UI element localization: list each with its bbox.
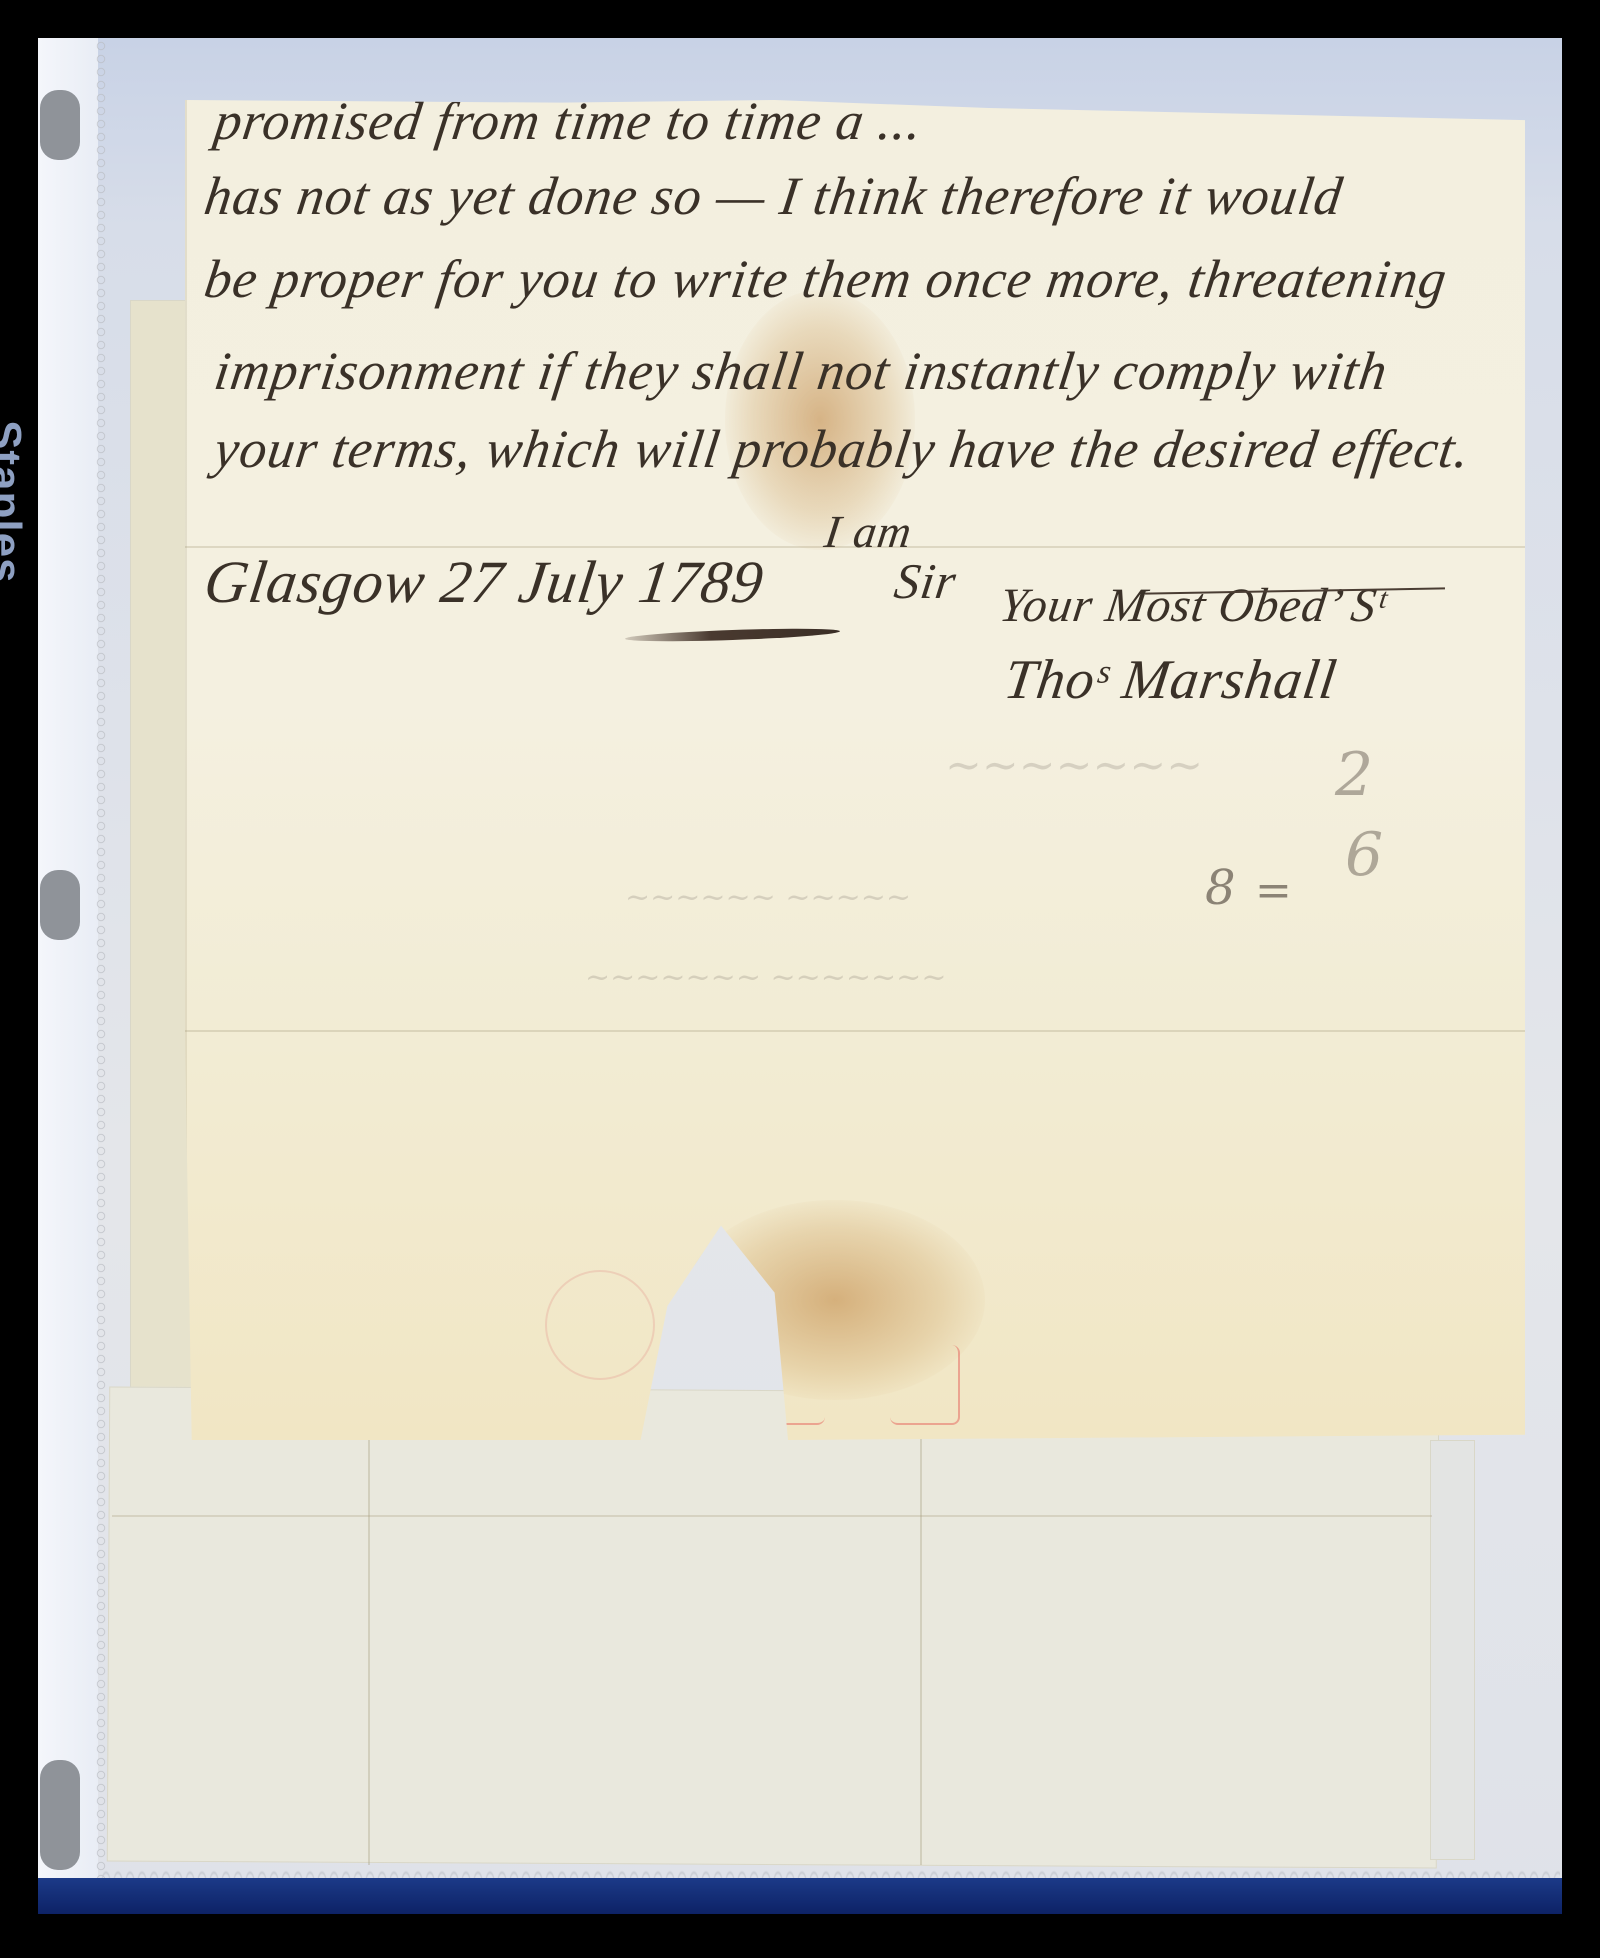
bleed-through-text: ~~~~~~~ ~~~~~~~ bbox=[585, 960, 946, 995]
date-underline-flourish bbox=[625, 626, 840, 643]
punch-hole-middle bbox=[40, 870, 80, 940]
salutation-sir: Sir bbox=[891, 552, 961, 610]
bleed-through-text: ~~~~~~~ bbox=[945, 740, 1203, 791]
underlying-page bbox=[107, 1387, 1439, 1869]
valediction: Your Most Obed’ Sᵗ bbox=[996, 578, 1389, 633]
bleed-through-mark: = bbox=[1255, 865, 1292, 916]
brand-label: Staples bbox=[0, 420, 30, 584]
fold-line bbox=[112, 1515, 1432, 1517]
letter-line-4: imprisonment if they shall not instantly… bbox=[211, 340, 1392, 402]
bleed-through-mark: 6 bbox=[1345, 820, 1383, 890]
fold-line bbox=[920, 1395, 922, 1865]
letter-line-5: your terms, which will probably have the… bbox=[211, 418, 1474, 480]
binder-strip bbox=[38, 38, 98, 1914]
letter-fold-line bbox=[185, 1030, 1525, 1032]
perforation-edge bbox=[96, 40, 106, 1910]
bleed-through-text: ~~~~~~ ~~~~~ bbox=[625, 880, 911, 915]
punch-hole-bottom bbox=[40, 1760, 80, 1870]
red-seal-remnant bbox=[890, 1345, 960, 1425]
signature: Thoˢ Marshall bbox=[1001, 648, 1341, 712]
letter-line-2: has not as yet done so — I think therefo… bbox=[201, 165, 1347, 227]
letter-line-3: be proper for you to write them once mor… bbox=[201, 248, 1452, 310]
fold-line bbox=[368, 1395, 370, 1865]
place-date: Glasgow 27 July 1789 bbox=[200, 548, 768, 617]
faded-postmark bbox=[545, 1270, 655, 1380]
letter-page: ~~~~~~~ ~~~~~~ ~~~~~ ~~~~~~~ ~~~~~~~ 2 6… bbox=[185, 100, 1525, 1440]
punch-hole-top bbox=[40, 90, 80, 160]
underlying-page-edge bbox=[1430, 1440, 1475, 1860]
bleed-through-mark: 8 bbox=[1205, 860, 1236, 916]
binder-blue-edge bbox=[38, 1878, 1562, 1914]
closing-i-am: I am bbox=[821, 505, 915, 558]
bleed-through-mark: 2 bbox=[1335, 740, 1373, 810]
